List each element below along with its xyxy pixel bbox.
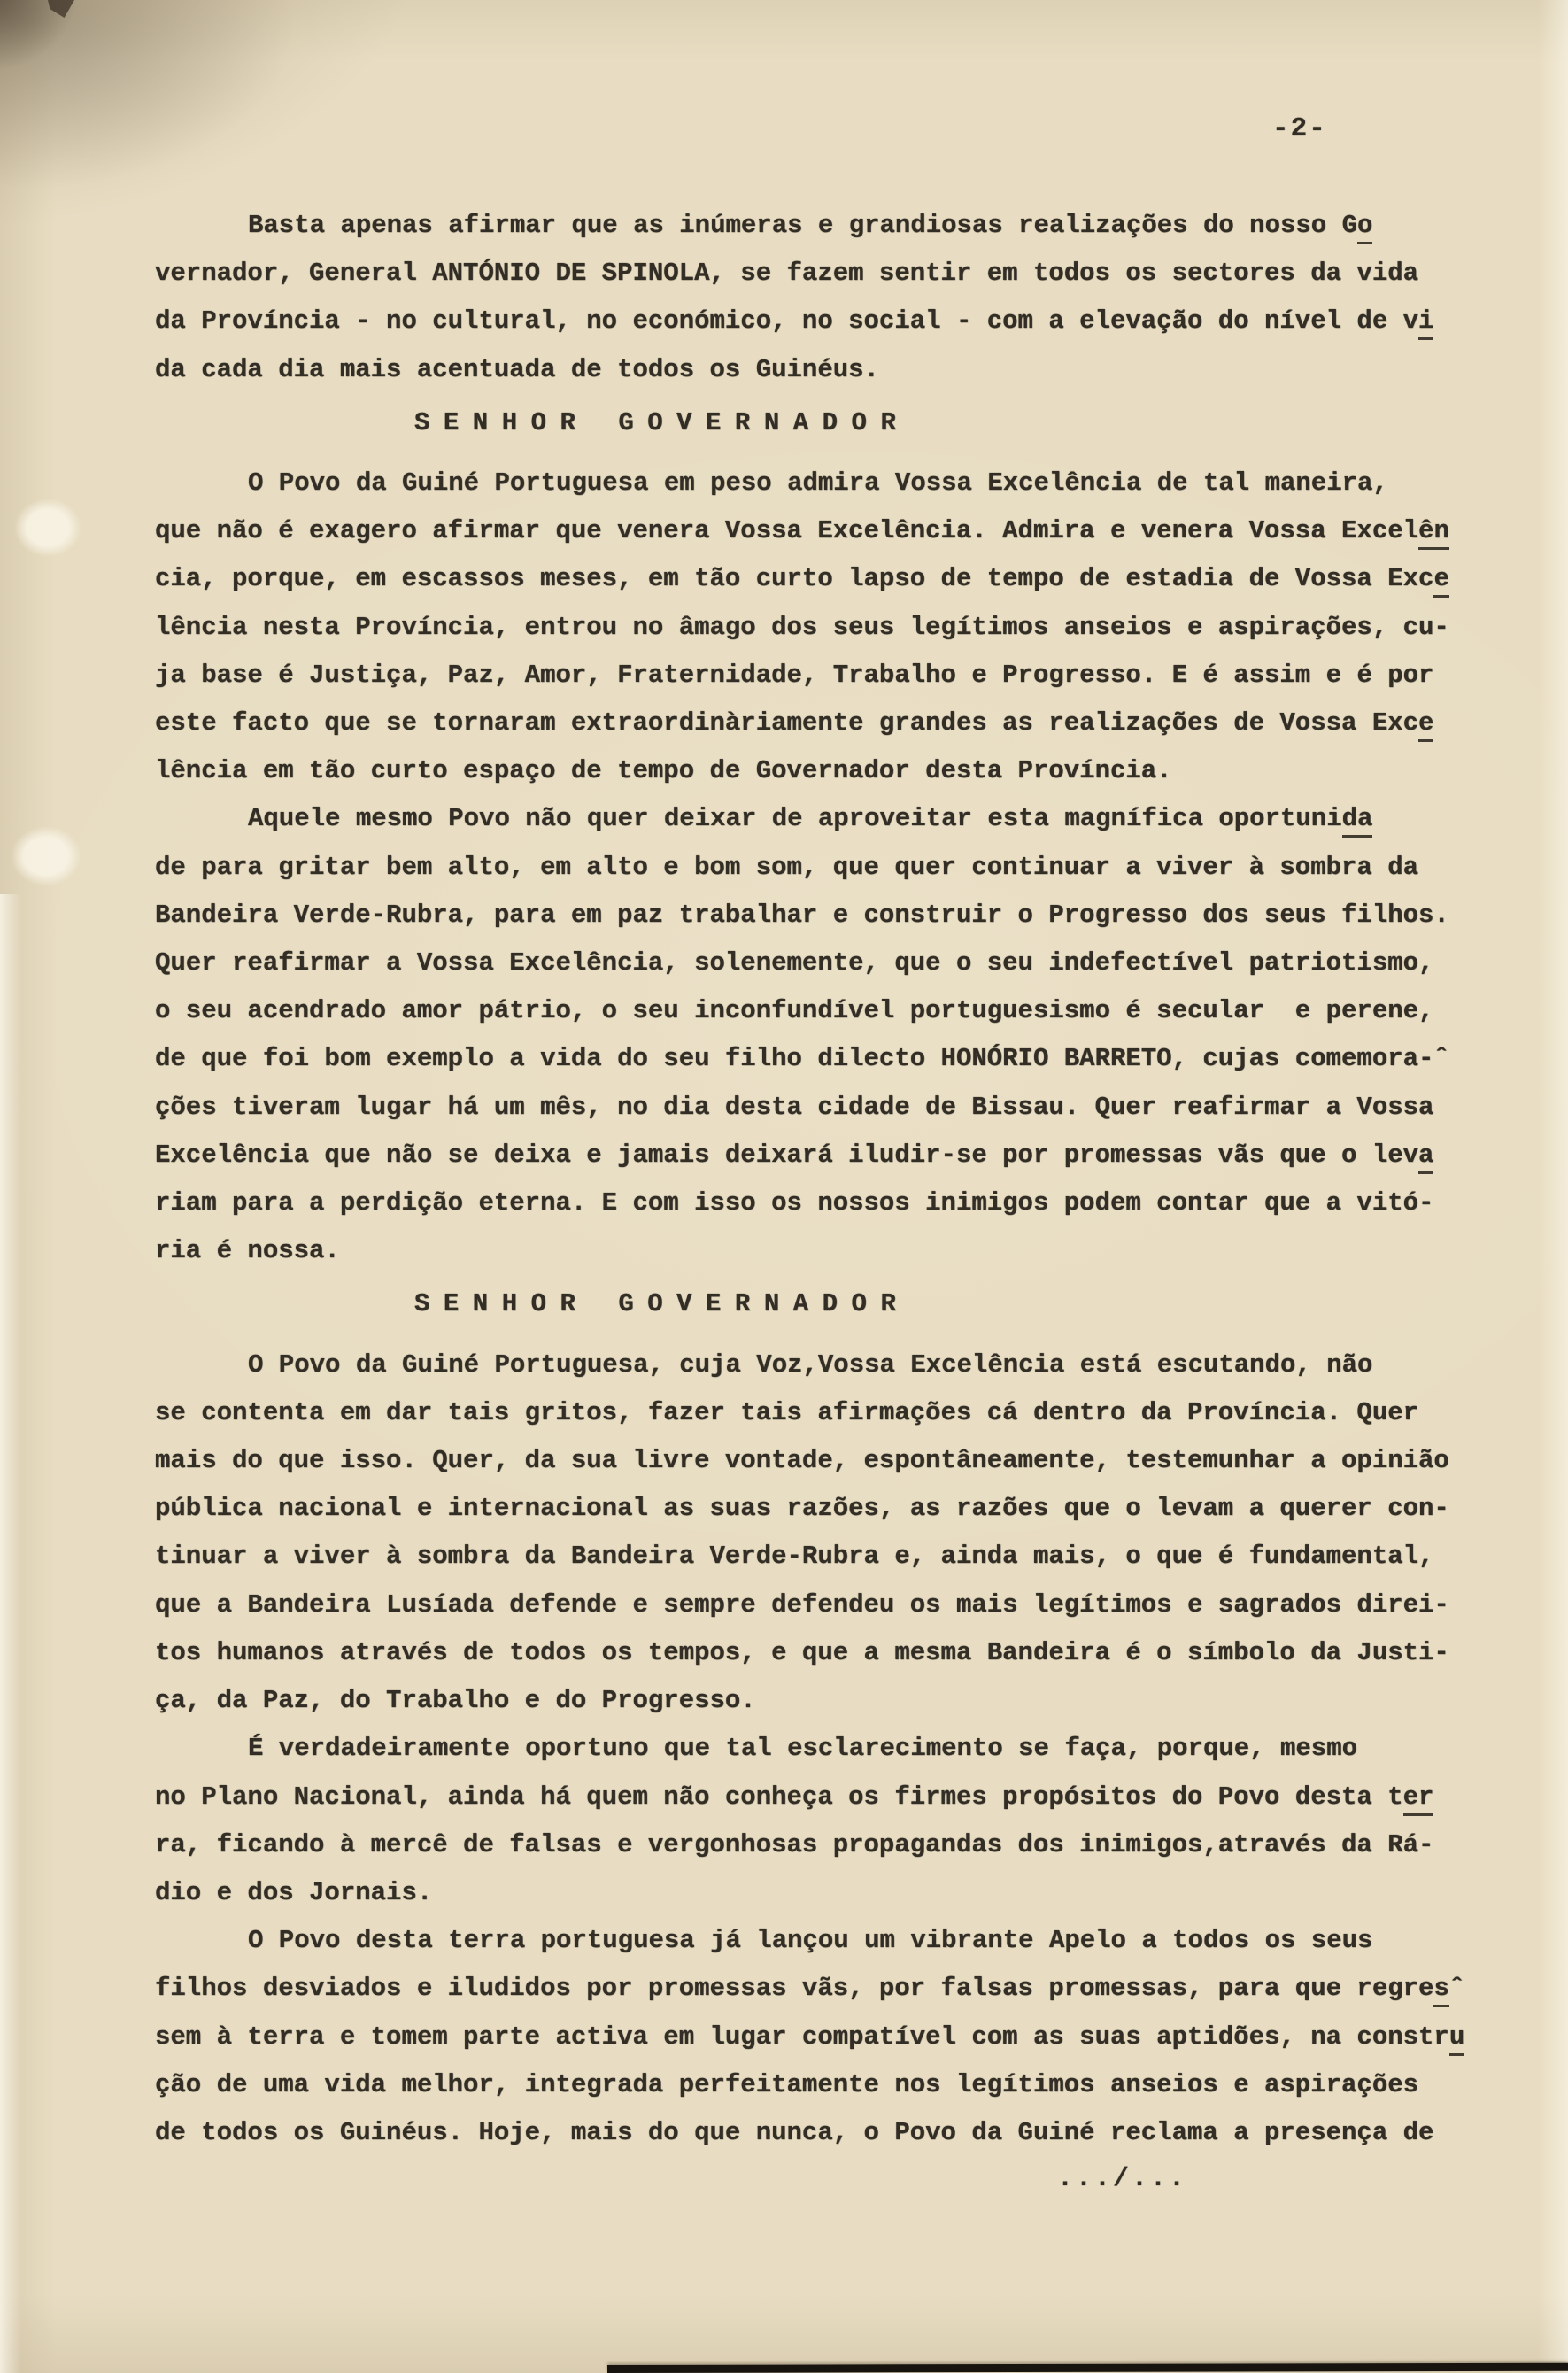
text-segment: da Província - no cultural, no económico…	[155, 306, 1418, 336]
text-line: lência em tão curto espaço de tempo de G…	[155, 747, 1536, 795]
text-segment: o seu acendrado amor pátrio, o seu incon…	[155, 996, 1433, 1025]
text-line: que não é exagero afirmar que venera Vos…	[155, 507, 1536, 555]
text-segment: mais do que isso. Quer, da sua livre von…	[155, 1446, 1449, 1475]
text-line: de que foi bom exemplo a vida do seu fil…	[155, 1035, 1536, 1083]
text-segment: Quer reafirmar a Vossa Excelência, solen…	[155, 948, 1433, 978]
text-line: Basta apenas afirmar que as inúmeras e g…	[155, 202, 1536, 250]
text-segment: ça, da Paz, do Trabalho e do Progresso.	[155, 1686, 756, 1715]
page-corner-shadow	[0, 0, 158, 140]
page-number: -2-	[1272, 113, 1327, 144]
text-flow: Basta apenas afirmar que as inúmeras e g…	[155, 202, 1536, 2157]
scan-edge	[607, 2363, 1568, 2373]
text-line: lência nesta Província, entrou no âmago …	[155, 604, 1536, 652]
text-segment: Basta apenas afirmar que as inúmeras e g…	[248, 211, 1357, 240]
text-line: ça, da Paz, do Trabalho e do Progresso.	[155, 1677, 1536, 1725]
text-line: este facto que se tornaram extraordinàri…	[155, 700, 1536, 747]
text-segment: de para gritar bem alto, em alto e bom s…	[155, 853, 1418, 882]
text-segment: de todos os Guinéus. Hoje, mais do que n…	[155, 2118, 1433, 2147]
text-segment: O Povo da Guiné Portuguesa, cuja Voz,Vos…	[248, 1350, 1372, 1380]
text-segment: riam para a perdição eterna. E com isso …	[155, 1188, 1433, 1217]
text-line: O Povo desta terra portuguesa já lançou …	[155, 1917, 1536, 1965]
text-segment: ção de uma vida melhor, integrada perfei…	[155, 2070, 1418, 2099]
text-line: O Povo da Guiné Portuguesa em peso admir…	[155, 460, 1536, 507]
continuation-mark: .../...	[1057, 2164, 1187, 2194]
text-segment: de que foi bom exemplo a vida do seu fil…	[155, 1044, 1449, 1073]
text-line: ções tiveram lugar há um mês, no dia des…	[155, 1084, 1536, 1132]
text-line: riam para a perdição eterna. E com isso …	[155, 1179, 1536, 1227]
scan-edge-highlight	[0, 894, 21, 2373]
text-segment: SENHOR GOVERNADOR	[414, 408, 909, 437]
document-page: -2- Basta apenas afirmar que as inúmeras…	[0, 0, 1568, 2373]
text-line: se contenta em dar tais gritos, fazer ta…	[155, 1389, 1536, 1437]
text-segment: tinuar a viver à sombra da Bandeira Verd…	[155, 1542, 1433, 1571]
text-line: É verdadeiramente oportuno que tal escla…	[155, 1725, 1536, 1773]
text-segment: lência em tão curto espaço de tempo de G…	[155, 756, 1172, 785]
text-segment: que a Bandeira Lusíada defende e sempre …	[155, 1590, 1449, 1619]
text-line: da Província - no cultural, no económico…	[155, 298, 1536, 345]
text-line: mais do que isso. Quer, da sua livre von…	[155, 1437, 1536, 1485]
punch-hole	[11, 826, 81, 886]
text-line: que a Bandeira Lusíada defende e sempre …	[155, 1581, 1536, 1629]
text-segment: sem à terra e tomem parte activa em luga…	[155, 2022, 1449, 2052]
text-line: tos humanos através de todos os tempos, …	[155, 1629, 1536, 1677]
text-line: pública nacional e internacional as suas…	[155, 1485, 1536, 1533]
underlined-syllable: ên	[1418, 516, 1449, 550]
text-segment: ˆ	[1449, 1974, 1464, 2003]
text-segment: ções tiveram lugar há um mês, no dia des…	[155, 1093, 1433, 1122]
text-segment: este facto que se tornaram extraordinàri…	[155, 708, 1418, 738]
section-heading: SENHOR GOVERNADOR	[414, 1280, 1536, 1328]
text-line: o seu acendrado amor pátrio, o seu incon…	[155, 987, 1536, 1035]
underlined-syllable: s	[1433, 1974, 1448, 2007]
underlined-syllable: er	[1403, 1782, 1434, 1816]
text-line: dio e dos Jornais.	[155, 1869, 1536, 1917]
text-line: ra, ficando à mercê de falsas e vergonho…	[155, 1821, 1536, 1869]
text-segment: ria é nossa.	[155, 1236, 340, 1265]
text-line: tinuar a viver à sombra da Bandeira Verd…	[155, 1533, 1536, 1581]
text-segment: cia, porque, em escassos meses, em tão c…	[155, 564, 1433, 593]
text-segment: dio e dos Jornais.	[155, 1878, 432, 1907]
text-segment: lência nesta Província, entrou no âmago …	[155, 613, 1449, 642]
text-segment: É verdadeiramente oportuno que tal escla…	[248, 1734, 1357, 1763]
text-line: sem à terra e tomem parte activa em luga…	[155, 2014, 1536, 2061]
text-segment: filhos desviados e iludidos por promessa…	[155, 1974, 1433, 2003]
underlined-syllable: da	[1342, 804, 1373, 838]
underlined-syllable: e	[1418, 708, 1433, 742]
text-segment: O Povo da Guiné Portuguesa em peso admir…	[248, 468, 1388, 498]
underlined-syllable: a	[1418, 1140, 1433, 1174]
text-line: O Povo da Guiné Portuguesa, cuja Voz,Vos…	[155, 1341, 1536, 1389]
text-segment: ra, ficando à mercê de falsas e vergonho…	[155, 1830, 1433, 1859]
text-line: Bandeira Verde-Rubra, para em paz trabal…	[155, 892, 1536, 939]
text-segment: tos humanos através de todos os tempos, …	[155, 1638, 1449, 1667]
text-segment: ja base é Justiça, Paz, Amor, Fraternida…	[155, 661, 1433, 690]
punch-hole	[14, 499, 81, 557]
text-segment: SENHOR GOVERNADOR	[414, 1289, 909, 1318]
text-line: vernador, General ANTÓNIO DE SPINOLA, se…	[155, 250, 1536, 298]
text-segment: Bandeira Verde-Rubra, para em paz trabal…	[155, 901, 1449, 930]
text-segment: no Plano Nacional, ainda há quem não con…	[155, 1782, 1403, 1812]
text-line: Quer reafirmar a Vossa Excelência, solen…	[155, 939, 1536, 987]
text-line: de todos os Guinéus. Hoje, mais do que n…	[155, 2109, 1536, 2157]
text-segment: Aquele mesmo Povo não quer deixar de apr…	[248, 804, 1342, 833]
underlined-syllable: o	[1357, 211, 1372, 244]
text-line: da cada dia mais acentuada de todos os G…	[155, 346, 1536, 394]
text-line: Excelência que não se deixa e jamais dei…	[155, 1132, 1536, 1179]
underlined-syllable: e	[1433, 564, 1448, 598]
text-segment: Excelência que não se deixa e jamais dei…	[155, 1140, 1418, 1170]
text-line: cia, porque, em escassos meses, em tão c…	[155, 555, 1536, 603]
text-segment: da cada dia mais acentuada de todos os G…	[155, 355, 879, 384]
section-heading: SENHOR GOVERNADOR	[414, 399, 1536, 447]
underlined-syllable: i	[1418, 306, 1433, 340]
text-line: de para gritar bem alto, em alto e bom s…	[155, 844, 1536, 892]
text-line: filhos desviados e iludidos por promessa…	[155, 1965, 1536, 2013]
text-segment: vernador, General ANTÓNIO DE SPINOLA, se…	[155, 259, 1418, 288]
text-line: no Plano Nacional, ainda há quem não con…	[155, 1774, 1536, 1821]
text-line: ção de uma vida melhor, integrada perfei…	[155, 2061, 1536, 2109]
text-segment: que não é exagero afirmar que venera Vos…	[155, 516, 1418, 545]
text-segment: pública nacional e internacional as suas…	[155, 1494, 1449, 1523]
text-line: ria é nossa.	[155, 1227, 1536, 1275]
text-segment: O Povo desta terra portuguesa já lançou …	[248, 1926, 1372, 1955]
text-line: Aquele mesmo Povo não quer deixar de apr…	[155, 795, 1536, 843]
underlined-syllable: u	[1449, 2022, 1464, 2056]
text-line: ja base é Justiça, Paz, Amor, Fraternida…	[155, 652, 1536, 700]
text-segment: se contenta em dar tais gritos, fazer ta…	[155, 1398, 1418, 1427]
